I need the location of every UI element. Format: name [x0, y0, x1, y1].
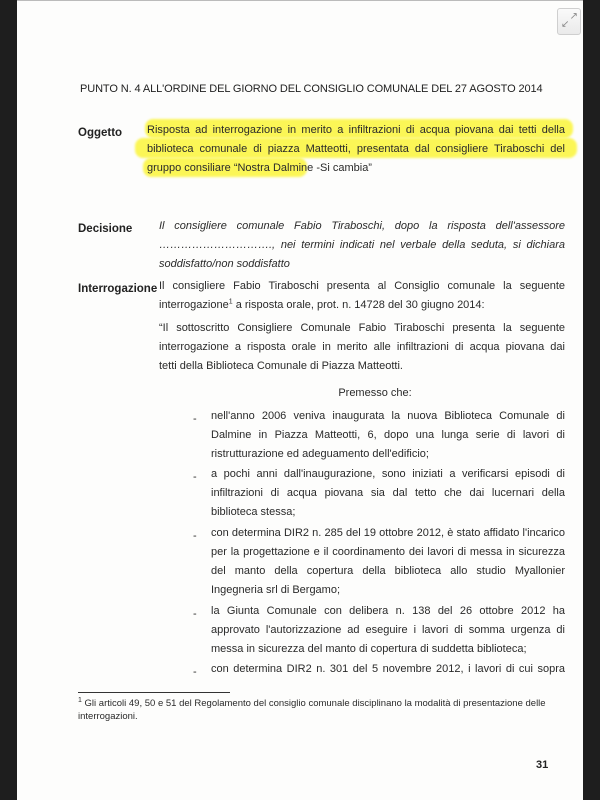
bullet-line: messa in sicurezza del manto di copertur…	[211, 640, 565, 659]
bullet-line: infiltrazioni di acqua piovana sia dal t…	[211, 484, 565, 503]
footnote: 1 Gli articoli 49, 50 e 51 del Regolamen…	[78, 697, 548, 723]
bullet-line: per la progettazione e il coordinamento …	[211, 543, 565, 562]
footnote-ref[interactable]: 1	[229, 298, 233, 305]
decisione-line: …………………………., nei termini indicati nel ve…	[159, 236, 565, 255]
bullet-item: la Giunta Comunale con delibera n. 138 d…	[211, 602, 565, 659]
oggetto-line: gruppo consiliare “Nostra Dalmine -Si ca…	[147, 159, 565, 178]
bullet-line: nell'anno 2006 veniva inaugurata la nuov…	[211, 407, 565, 426]
footnote-divider	[78, 692, 230, 693]
bullet-line: Ingegneria srl di Bergamo;	[211, 581, 565, 600]
oggetto-text: Risposta ad interrogazione in merito a i…	[147, 121, 565, 178]
footnote-text: Gli articoli 49, 50 e 51 del Regolamento…	[78, 698, 546, 722]
oggetto-line: biblioteca comunale di piazza Matteotti,…	[147, 140, 565, 159]
bullet-dash: -	[193, 471, 197, 483]
bullet-line: del manto della copertura della bibliote…	[211, 562, 565, 581]
bullet-line: approvato l'autorizzazione ad eseguire i…	[211, 621, 565, 640]
oggetto-line: Risposta ad interrogazione in merito a i…	[147, 121, 565, 140]
intro-line-rest: a risposta orale, prot. n. 14728 del 30 …	[236, 299, 485, 311]
bullet-line: con determina DIR2 n. 301 del 5 novembre…	[211, 660, 565, 679]
footnote-marker: 1	[78, 697, 82, 704]
bullet-line: biblioteca stessa;	[211, 503, 565, 522]
bullet-dash: -	[193, 413, 197, 425]
document-page: ↗ ↙ PUNTO N. 4 ALL'ORDINE DEL GIORNO DEL…	[17, 0, 583, 800]
quote-line: “Il sottoscritto Consigliere Comunale Fa…	[159, 319, 565, 338]
bullet-item: nell'anno 2006 veniva inaugurata la nuov…	[211, 407, 565, 464]
oggetto-label: Oggetto	[78, 127, 122, 139]
interrogazione-label: Interrogazione	[78, 283, 157, 295]
intro-line: interrogazione1 a risposta orale, prot. …	[159, 296, 565, 315]
decisione-line: Il consigliere comunale Fabio Tiraboschi…	[159, 217, 565, 236]
bullet-line: con determina DIR2 n. 285 del 19 ottobre…	[211, 524, 565, 543]
decisione-label: Decisione	[78, 223, 132, 235]
bullet-item: con determina DIR2 n. 301 del 5 novembre…	[211, 660, 565, 679]
bullet-dash: -	[193, 666, 197, 678]
bullet-item: a pochi anni dall'inaugurazione, sono in…	[211, 465, 565, 522]
bullet-line: ristrutturazione ed adeguamento dell'edi…	[211, 445, 565, 464]
expand-arrows-icon: ↗	[570, 12, 578, 22]
document-title: PUNTO N. 4 ALL'ORDINE DEL GIORNO DEL CON…	[80, 83, 543, 95]
bullet-dash: -	[193, 608, 197, 620]
decisione-line: soddisfatto/non soddisfatto	[159, 255, 565, 274]
bullet-line: a pochi anni dall'inaugurazione, sono in…	[211, 465, 565, 484]
quote-line: tetti della Biblioteca Comunale di Piazz…	[159, 357, 565, 376]
intro-word: interrogazione	[159, 299, 229, 311]
decisione-text: Il consigliere comunale Fabio Tiraboschi…	[159, 217, 565, 274]
bullet-line: Dalmine in Piazza Matteotti, 6, dopo una…	[211, 426, 565, 445]
interrogazione-quote: “Il sottoscritto Consigliere Comunale Fa…	[159, 319, 565, 376]
expand-button[interactable]: ↗ ↙	[557, 8, 581, 35]
premesso-heading: Premesso che:	[167, 387, 583, 399]
expand-arrows-icon-sw: ↙	[561, 20, 569, 30]
intro-line: Il consigliere Fabio Tiraboschi presenta…	[159, 277, 565, 296]
bullet-line: la Giunta Comunale con delibera n. 138 d…	[211, 602, 565, 621]
page-number: 31	[536, 759, 548, 771]
bullet-item: con determina DIR2 n. 285 del 19 ottobre…	[211, 524, 565, 600]
quote-line: interrogazione a risposta orale in merit…	[159, 338, 565, 357]
interrogazione-intro: Il consigliere Fabio Tiraboschi presenta…	[159, 277, 565, 315]
bullet-dash: -	[193, 530, 197, 542]
